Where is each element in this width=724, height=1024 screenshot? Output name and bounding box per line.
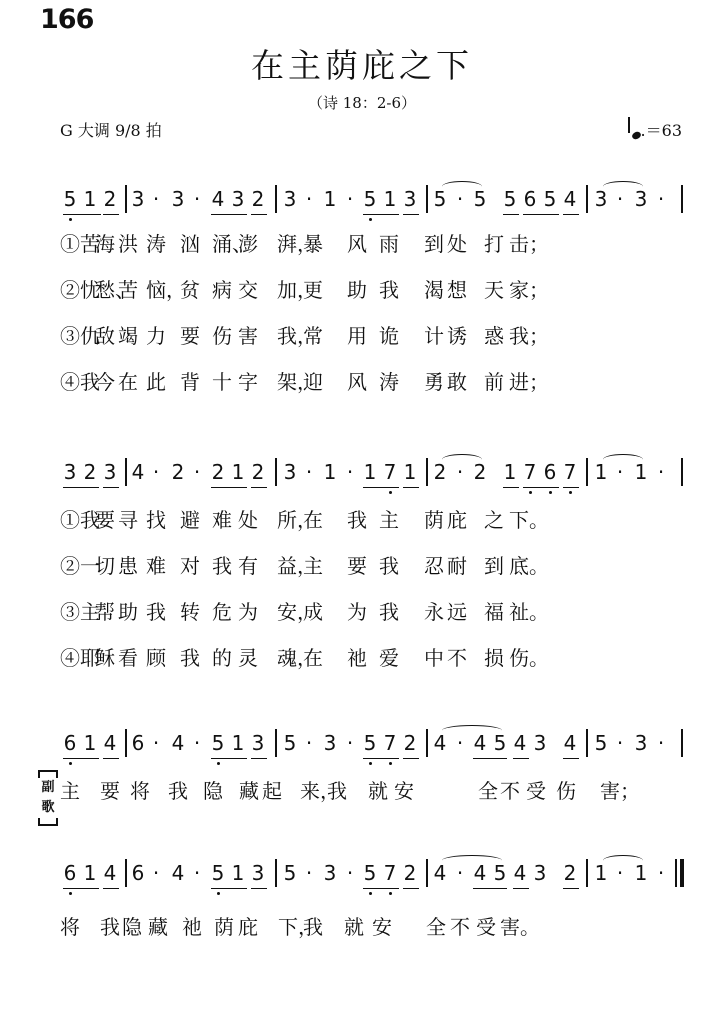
lyric-syllable: 永 <box>424 600 444 624</box>
lyric-syllable: 家； <box>509 278 549 302</box>
lyric-syllable: 为 <box>238 600 258 624</box>
lyric-syllable: 澎 <box>238 232 258 256</box>
lyric-syllable: 背 <box>180 370 200 394</box>
beam-underline <box>403 758 419 759</box>
lyric-syllable: 诡 <box>379 324 399 348</box>
lower-octave-dot-icon <box>529 491 532 494</box>
note: 2 <box>170 460 186 484</box>
note: 1 <box>382 187 398 211</box>
lyric-syllable: 处 <box>447 232 467 256</box>
beam-underline <box>403 888 419 889</box>
lyric-syllable: 转 <box>180 600 200 624</box>
lyric-syllable: ①我 <box>60 508 100 532</box>
lyric-line: ②忧愁、苦恼，贫病交加，更助我渴想天家； <box>0 278 724 318</box>
lyric-syllable: 计 <box>424 324 444 348</box>
dotted-quarter-note-icon <box>630 121 641 140</box>
lyric-syllable: 主 <box>60 779 80 803</box>
lyric-syllable: 我 <box>168 779 188 803</box>
lyric-syllable: 看 <box>118 646 138 670</box>
beam-underline <box>513 888 529 889</box>
barline <box>426 458 428 486</box>
beam-underline <box>103 487 119 488</box>
bracket-bottom-icon <box>38 818 58 826</box>
lyric-syllable: 处 <box>238 508 258 532</box>
beam-underline <box>251 888 267 889</box>
note: 1 <box>230 731 246 755</box>
lyric-syllable: 打 <box>484 232 504 256</box>
note: 3 <box>230 187 246 211</box>
hymn-title: 在主荫庇之下 <box>0 40 724 87</box>
augmentation-dot: · <box>653 731 669 755</box>
note: 3 <box>322 861 338 885</box>
beam-underline <box>563 214 579 215</box>
note: 3 <box>282 187 298 211</box>
lyric-syllable: ③仇 <box>60 324 100 348</box>
tempo-marking: .＝63 <box>630 118 682 141</box>
tempo-value: .＝63 <box>641 121 682 140</box>
barline <box>125 458 127 486</box>
note: 1 <box>322 187 338 211</box>
lyric-syllable: 耐 <box>447 554 467 578</box>
lyric-syllable: 十 <box>212 370 232 394</box>
augmentation-dot: · <box>148 861 164 885</box>
note: 6 <box>130 731 146 755</box>
note: 7 <box>382 731 398 755</box>
note: 2 <box>82 460 98 484</box>
lyric-syllable: 惑 <box>484 324 504 348</box>
note: 6 <box>130 861 146 885</box>
note: 3 <box>130 187 146 211</box>
lyric-syllable: 要 <box>100 779 120 803</box>
lyric-syllable: 底。 <box>509 554 549 578</box>
beam-underline <box>103 214 119 215</box>
augmentation-dot: · <box>653 460 669 484</box>
lyric-syllable: 全 <box>426 915 446 939</box>
lyric-syllable: 贫 <box>180 278 200 302</box>
note: 6 <box>542 460 558 484</box>
tie-slur-icon <box>442 855 502 866</box>
lyric-syllable: 要 <box>180 324 200 348</box>
lyric-syllable: 受 <box>526 779 546 803</box>
lyric-syllable: 苦 <box>118 278 138 302</box>
lyric-syllable: 庇 <box>238 915 258 939</box>
augmentation-dot: · <box>301 187 317 211</box>
augmentation-dot: · <box>189 187 205 211</box>
note: 2 <box>562 861 578 885</box>
lyric-line: ④我今在此背十字架，迎风涛勇敢前进； <box>0 370 724 410</box>
lyric-syllable: 更 <box>303 278 323 302</box>
lyric-syllable: 为 <box>347 600 367 624</box>
barline <box>426 185 428 213</box>
augmentation-dot: · <box>653 861 669 885</box>
lyric-syllable: 涛 <box>146 232 166 256</box>
beam-underline <box>211 888 247 889</box>
note: 5 <box>210 861 226 885</box>
tie-slur-icon <box>442 725 502 736</box>
lyric-syllable: 受 <box>476 915 496 939</box>
chorus-char: 歌 <box>41 800 54 815</box>
lyric-syllable: 到 <box>484 554 504 578</box>
chorus-label: 副 歌 <box>38 770 58 826</box>
barline <box>125 185 127 213</box>
lyric-syllable: 伤。 <box>509 646 549 670</box>
note: 3 <box>102 460 118 484</box>
lyric-syllable: 找 <box>146 508 166 532</box>
barline <box>275 729 277 757</box>
lyric-syllable: 迎 <box>303 370 323 394</box>
final-barline-thin <box>675 859 677 887</box>
augmentation-dot: · <box>301 731 317 755</box>
beam-underline <box>103 888 119 889</box>
lyric-syllable: 之 <box>484 508 504 532</box>
lyric-syllable: ②一 <box>60 554 100 578</box>
note: 7 <box>522 460 538 484</box>
lower-octave-dot-icon <box>389 491 392 494</box>
lyric-syllable: 风 <box>347 370 367 394</box>
note: 4 <box>562 187 578 211</box>
barline <box>275 458 277 486</box>
note: 3 <box>402 187 418 211</box>
augmentation-dot: · <box>189 731 205 755</box>
note: 1 <box>82 731 98 755</box>
note: 7 <box>382 861 398 885</box>
note: 4 <box>102 861 118 885</box>
lyric-syllable: 帮 <box>95 600 115 624</box>
lyric-syllable: ②忧 <box>60 278 100 302</box>
beam-underline <box>211 758 247 759</box>
lower-octave-dot-icon <box>369 218 372 221</box>
lyric-syllable: ①苦 <box>60 232 100 256</box>
note: 3 <box>250 731 266 755</box>
lyric-syllable: 福 <box>484 600 504 624</box>
lower-octave-dot-icon <box>569 491 572 494</box>
bracket-top-icon <box>38 770 58 778</box>
lyric-syllable: 在 <box>118 370 138 394</box>
note: 3 <box>633 731 649 755</box>
lyric-syllable: 的 <box>212 646 232 670</box>
lyric-syllable: 远 <box>447 600 467 624</box>
lyric-line: ①苦海洪涛汹涌、澎湃，暴风雨到处打击； <box>0 232 724 272</box>
lyric-syllable: 顾 <box>146 646 166 670</box>
lyric-syllable: 将 <box>130 779 150 803</box>
barline <box>681 729 683 757</box>
beam-underline <box>363 758 399 759</box>
beam-underline <box>503 214 519 215</box>
beam-underline <box>403 487 419 488</box>
barline <box>125 729 127 757</box>
lyric-line: ②一切患难对我有益，主要我忍耐到底。 <box>0 554 724 594</box>
note: 5 <box>282 731 298 755</box>
augmentation-dot: · <box>653 187 669 211</box>
note: 1 <box>82 187 98 211</box>
lyric-syllable: 主 <box>303 554 323 578</box>
barline <box>586 859 588 887</box>
augmentation-dot: · <box>612 731 628 755</box>
augmentation-dot: · <box>189 460 205 484</box>
note: 4 <box>210 187 226 211</box>
lyric-syllable: 忍 <box>424 554 444 578</box>
beam-underline <box>63 888 99 889</box>
augmentation-dot: · <box>301 460 317 484</box>
note: 6 <box>62 861 78 885</box>
lyric-syllable: 此 <box>146 370 166 394</box>
lyric-syllable: 我 <box>303 915 323 939</box>
lyric-syllable: 暴 <box>303 232 323 256</box>
lyric-syllable: 祂 <box>182 915 202 939</box>
tie-slur-icon <box>442 454 482 465</box>
lyric-syllable: 将 <box>60 915 80 939</box>
lyric-syllable: 竭 <box>118 324 138 348</box>
lyric-syllable: 安 <box>394 779 414 803</box>
lyric-syllable: 藏 <box>239 779 259 803</box>
beam-underline <box>211 214 247 215</box>
tie-slur-icon <box>603 855 643 866</box>
lyric-syllable: 稣 <box>95 646 115 670</box>
scripture-reference: （诗 18：2-6） <box>0 92 724 113</box>
note: 5 <box>62 187 78 211</box>
beam-underline <box>251 214 267 215</box>
beam-underline <box>563 888 579 889</box>
lyric-syllable: 我 <box>100 915 120 939</box>
note: 2 <box>102 187 118 211</box>
lower-octave-dot-icon <box>389 892 392 895</box>
lyric-syllable: 海 <box>95 232 115 256</box>
lyric-syllable: 不 <box>500 779 520 803</box>
tie-slur-icon <box>442 181 482 192</box>
lyric-syllable: 害 <box>238 324 258 348</box>
augmentation-dot: · <box>189 861 205 885</box>
lyric-syllable: 对 <box>180 554 200 578</box>
augmentation-dot: · <box>342 187 358 211</box>
lyric-syllable: 危 <box>212 600 232 624</box>
beam-underline <box>251 487 267 488</box>
lyric-syllable: 隐 <box>122 915 142 939</box>
beam-underline <box>363 888 399 889</box>
lyric-syllable: 成 <box>303 600 323 624</box>
lyric-line: ③主帮助我转危为安，成为我永远福祉。 <box>0 600 724 640</box>
beam-underline <box>211 487 247 488</box>
lyric-syllable: 我 <box>180 646 200 670</box>
lower-octave-dot-icon <box>369 762 372 765</box>
note: 1 <box>230 861 246 885</box>
music-system: 6146·4·5135·3·5724·454345·3· <box>0 731 724 771</box>
lyric-syllable: 全 <box>478 779 498 803</box>
note: 2 <box>210 460 226 484</box>
lyric-syllable: 字 <box>238 370 258 394</box>
note: 3 <box>170 187 186 211</box>
note: 4 <box>102 731 118 755</box>
lower-octave-dot-icon <box>69 892 72 895</box>
lyric-syllable: 今 <box>95 370 115 394</box>
note: 5 <box>542 187 558 211</box>
lyric-syllable: 助 <box>118 600 138 624</box>
lyric-syllable: 涛 <box>379 370 399 394</box>
beam-underline <box>563 487 579 488</box>
lyric-line: ③仇敌竭力要伤害我，常用诡计诱惑我； <box>0 324 724 364</box>
note: 3 <box>532 731 548 755</box>
note: 3 <box>532 861 548 885</box>
note: 5 <box>282 861 298 885</box>
lyric-syllable: 前 <box>484 370 504 394</box>
final-barline-thick <box>680 859 684 887</box>
lyric-syllable: 藏 <box>148 915 168 939</box>
lyric-syllable: 不 <box>447 646 467 670</box>
note: 6 <box>522 187 538 211</box>
beam-underline <box>63 214 101 215</box>
note: 3 <box>282 460 298 484</box>
note: 3 <box>250 861 266 885</box>
barline <box>426 859 428 887</box>
lyric-syllable: 避 <box>180 508 200 532</box>
lyric-syllable: 祂 <box>347 646 367 670</box>
lyric-line: 将我隐藏祂荫庇下，我就安全不受害。 <box>0 915 724 955</box>
note: 7 <box>562 460 578 484</box>
note: 5 <box>362 861 378 885</box>
lyric-syllable: 我； <box>509 324 549 348</box>
lyric-line: 主要将我隐藏起来，我就安全不受伤害； <box>0 779 724 819</box>
lyric-syllable: 雨 <box>379 232 399 256</box>
note: 4 <box>170 731 186 755</box>
key-and-time-signature: G 大调 9/8 拍 <box>60 118 162 141</box>
note: 2 <box>402 861 418 885</box>
beam-underline <box>503 487 519 488</box>
lyric-syllable: ③主 <box>60 600 100 624</box>
lyric-syllable: 切 <box>95 554 115 578</box>
note: 5 <box>210 731 226 755</box>
lyric-syllable: 我 <box>327 779 347 803</box>
lyric-syllable: 寻 <box>118 508 138 532</box>
lyric-syllable: 就 <box>344 915 364 939</box>
lyric-syllable: 病 <box>212 278 232 302</box>
lyric-syllable: 诱 <box>447 324 467 348</box>
lyric-syllable: 击； <box>509 232 549 256</box>
lyric-syllable: 下。 <box>509 508 549 532</box>
lyric-syllable: 有 <box>238 554 258 578</box>
lyric-syllable: 就 <box>368 779 388 803</box>
hymn-number: 166 <box>40 4 93 35</box>
lyric-syllable: 常 <box>303 324 323 348</box>
note: 2 <box>250 187 266 211</box>
lyric-syllable: 荫 <box>424 508 444 532</box>
note: 2 <box>250 460 266 484</box>
lower-octave-dot-icon <box>69 762 72 765</box>
beam-underline <box>63 487 99 488</box>
augmentation-dot: · <box>148 187 164 211</box>
lyric-syllable: 敢 <box>447 370 467 394</box>
beam-underline <box>563 758 579 759</box>
music-system: 5123·3·4323·1·5135·556543·3· <box>0 187 724 227</box>
lyric-syllable: 在 <box>303 646 323 670</box>
lower-octave-dot-icon <box>369 892 372 895</box>
augmentation-dot: · <box>342 460 358 484</box>
lower-octave-dot-icon <box>549 491 552 494</box>
lyric-syllable: 我 <box>379 278 399 302</box>
beam-underline <box>363 487 399 488</box>
note: 5 <box>362 731 378 755</box>
barline <box>586 185 588 213</box>
note: 1 <box>82 861 98 885</box>
lyric-syllable: 害。 <box>500 915 540 939</box>
lyric-syllable: 力 <box>146 324 166 348</box>
lyric-syllable: 汹 <box>180 232 200 256</box>
lyric-syllable: 想 <box>447 278 467 302</box>
lyric-syllable: 不 <box>450 915 470 939</box>
lyric-syllable: 用 <box>347 324 367 348</box>
barline <box>275 185 277 213</box>
lyric-syllable: 到 <box>424 232 444 256</box>
lower-octave-dot-icon <box>69 218 72 221</box>
music-system: 3234·2·2123·1·1712·217671·1· <box>0 460 724 500</box>
lyric-syllable: 患 <box>118 554 138 578</box>
barline <box>681 458 683 486</box>
lyric-line: ④耶稣看顾我的灵魂，在祂爱中不损伤。 <box>0 646 724 686</box>
beam-underline <box>473 888 507 889</box>
beam-underline <box>63 758 99 759</box>
lyric-syllable: 勇 <box>424 370 444 394</box>
lyric-syllable: 难 <box>212 508 232 532</box>
lyric-syllable: 我 <box>379 554 399 578</box>
lyric-line: ①我要寻找避难处所，在我主荫庇之下。 <box>0 508 724 548</box>
lyric-syllable: 安 <box>372 915 392 939</box>
beam-underline <box>523 487 559 488</box>
lyric-syllable: 伤 <box>212 324 232 348</box>
note: 1 <box>362 460 378 484</box>
note: 2 <box>402 731 418 755</box>
note: 1 <box>230 460 246 484</box>
barline <box>681 185 683 213</box>
lyric-syllable: 洪 <box>118 232 138 256</box>
music-system: 6146·4·5135·3·5724·454321·1· <box>0 861 724 901</box>
augmentation-dot: · <box>342 861 358 885</box>
lyric-syllable: 敌 <box>95 324 115 348</box>
beam-underline <box>523 214 559 215</box>
barline <box>426 729 428 757</box>
tie-slur-icon <box>603 181 643 192</box>
lyric-syllable: 交 <box>238 278 258 302</box>
beam-underline <box>363 214 399 215</box>
barline <box>275 859 277 887</box>
barline <box>125 859 127 887</box>
lower-octave-dot-icon <box>217 892 220 895</box>
lyric-syllable: 伤 <box>556 779 576 803</box>
lyric-syllable: 荫 <box>214 915 234 939</box>
beam-underline <box>473 758 507 759</box>
lyric-syllable: 灵 <box>238 646 258 670</box>
lyric-syllable: 祉。 <box>509 600 549 624</box>
lyric-syllable: 风 <box>347 232 367 256</box>
lyric-syllable: 助 <box>347 278 367 302</box>
note: 4 <box>562 731 578 755</box>
lyric-syllable: 爱 <box>379 646 399 670</box>
lyric-syllable: 要 <box>347 554 367 578</box>
note: 4 <box>170 861 186 885</box>
note: 1 <box>322 460 338 484</box>
lyric-syllable: 隐 <box>203 779 223 803</box>
augmentation-dot: · <box>301 861 317 885</box>
note: 5 <box>502 187 518 211</box>
barline <box>586 729 588 757</box>
lyric-syllable: 损 <box>484 646 504 670</box>
lyric-syllable: 我 <box>212 554 232 578</box>
augmentation-dot: · <box>342 731 358 755</box>
lyric-syllable: 难 <box>146 554 166 578</box>
lyric-syllable: 渴 <box>424 278 444 302</box>
note: 3 <box>322 731 338 755</box>
lyric-syllable: 庇 <box>447 508 467 532</box>
lyric-syllable: 进； <box>509 370 549 394</box>
note: 4 <box>512 731 528 755</box>
beam-underline <box>103 758 119 759</box>
